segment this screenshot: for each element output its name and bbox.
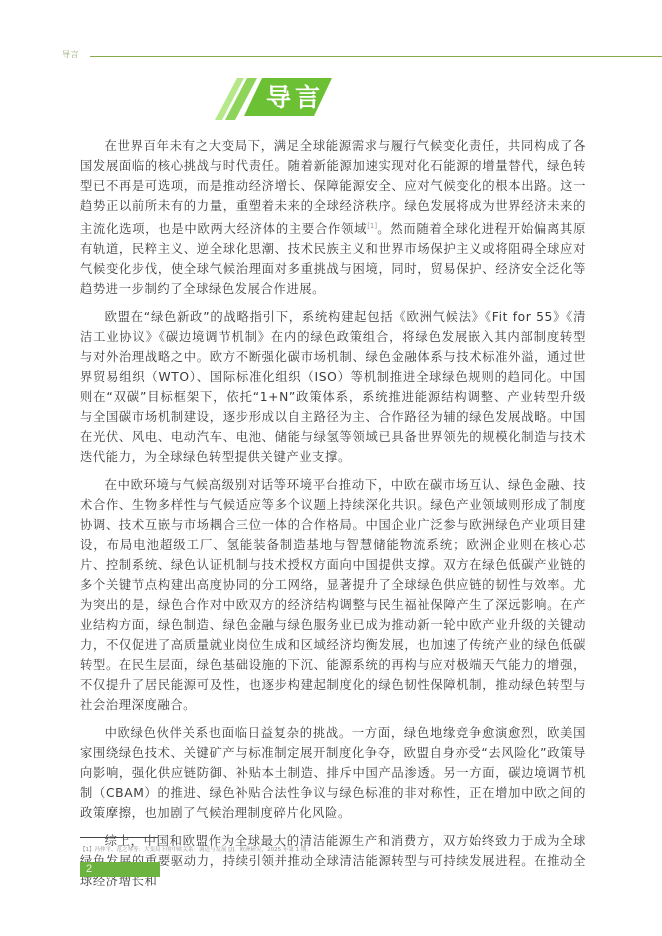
paragraph-3: 在中欧环境与气候高级别对话等环境平台推动下，中欧在碳市场互认、绿色金融、技术合作…: [80, 475, 586, 715]
header-rule: [90, 56, 662, 57]
page-number: 2: [86, 863, 92, 876]
footnote-rule: [80, 837, 158, 838]
page-number-box: 2: [80, 862, 160, 877]
page-title: 导言: [260, 82, 330, 114]
paragraph-1: 在世界百年未有之大变局下，满足全球能源需求与履行气候变化责任，共同构成了各国发展…: [80, 136, 586, 299]
paragraph-2: 欧盟在“绿色新政”的战略指引下，系统构建起包括《欧洲气候法》《Fit for 5…: [80, 307, 586, 467]
title-banner: 导言: [182, 78, 332, 120]
footnote: 【1】冯仲平、范之琴等：大变局下的中欧关系：调适与发展 [J]．欧洲研究，202…: [80, 845, 312, 853]
body-text: 在世界百年未有之大变局下，满足全球能源需求与履行气候变化责任，共同构成了各国发展…: [80, 136, 586, 899]
paragraph-4: 中欧绿色伙伴关系也面临日益复杂的挑战。一方面，绿色地缘竞争愈演愈烈，欧美国家围绕…: [80, 723, 586, 823]
running-header-title: 导言: [62, 49, 79, 60]
footnote-reference-link[interactable]: [1]: [367, 222, 377, 230]
